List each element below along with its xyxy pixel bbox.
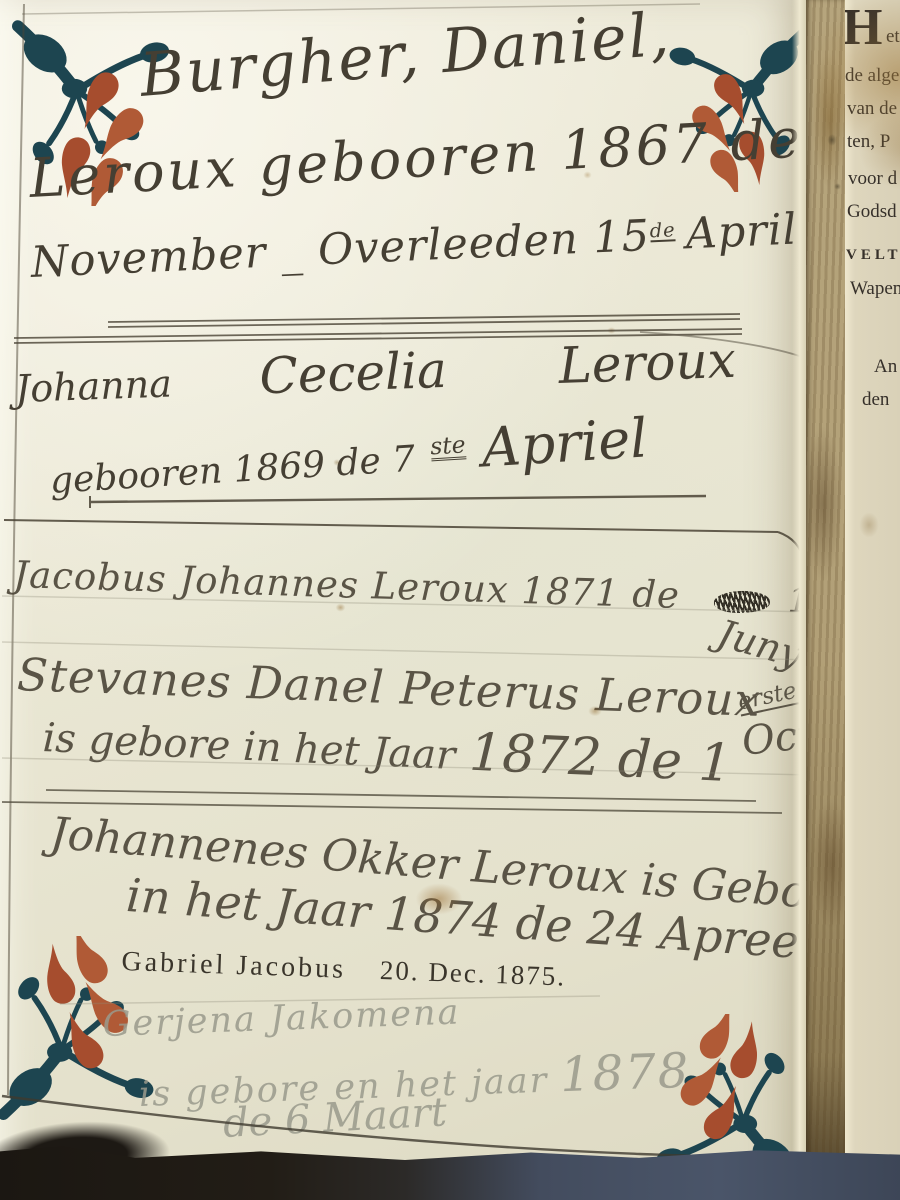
stain bbox=[408, 878, 470, 920]
entry2-name-line: JohannaCeceliaLeroux bbox=[14, 335, 737, 410]
stain bbox=[586, 704, 604, 718]
entry7-birth-year: 1878 bbox=[559, 1043, 691, 1104]
book-spine-edge bbox=[806, 0, 848, 1200]
entry2-first-name: Johanna bbox=[14, 362, 172, 411]
speckle bbox=[826, 132, 838, 148]
entry1-death-text-pre: November _ Overleeden 15 bbox=[30, 211, 651, 288]
entry2-birth-month: Apriel bbox=[480, 406, 649, 479]
entry2-birth-line: gebooren 1869 de 7steApriel bbox=[48, 411, 649, 501]
stain bbox=[334, 602, 347, 613]
entry1-death-text-post: April 1868. bbox=[685, 198, 808, 259]
entry1-death-line: November _ Overleeden 15deApril 1868. bbox=[30, 202, 808, 285]
speckle bbox=[856, 508, 882, 542]
family-register-photo: Burgher, Daniel, Leroux gebooren 1867 de… bbox=[0, 0, 900, 1200]
entry2-surname: Leroux bbox=[558, 331, 737, 395]
entry1-name-text: Burgher, Daniel, bbox=[138, 0, 674, 111]
entry4-birth-text-a: is gebore in het Jaar bbox=[42, 715, 456, 779]
entry2-middle-name: Cecelia bbox=[259, 341, 448, 405]
printed-line-smallcaps: VELT bbox=[846, 247, 900, 264]
entry6-date: 20. Dec. 1875. bbox=[379, 955, 566, 991]
entry1-death-superscript: de bbox=[649, 220, 676, 242]
printed-line: den bbox=[862, 389, 889, 411]
entry2-birth-word: gebooren 1869 de 7 bbox=[49, 439, 416, 502]
entry7-name-line: Gerjena Jakomena bbox=[102, 996, 461, 1043]
entry3-scribbled-out-text bbox=[713, 589, 770, 614]
entry1-name-line: Burgher, Daniel, bbox=[138, 4, 673, 106]
stain bbox=[332, 458, 342, 467]
entry4-birth-text-b: 1872 de 1 bbox=[468, 723, 733, 794]
printed-line: An bbox=[874, 356, 897, 378]
entry3-line: Jacobus Johannes Leroux 1871 deste11 bbox=[13, 556, 808, 619]
entry6-gap bbox=[346, 978, 380, 979]
entry2-birth-superscript: ste bbox=[430, 433, 467, 462]
manuscript-page: Burgher, Daniel, Leroux gebooren 1867 de… bbox=[0, 0, 808, 1200]
stain bbox=[606, 326, 617, 335]
stain bbox=[582, 170, 593, 180]
entry6-line: Gabriel Jacobus20. Dec. 1875. bbox=[121, 948, 567, 992]
speckle bbox=[833, 182, 842, 191]
entry7-birth-text-b: de 6 Maart bbox=[222, 1092, 448, 1144]
printed-line: Wapen bbox=[850, 278, 900, 300]
